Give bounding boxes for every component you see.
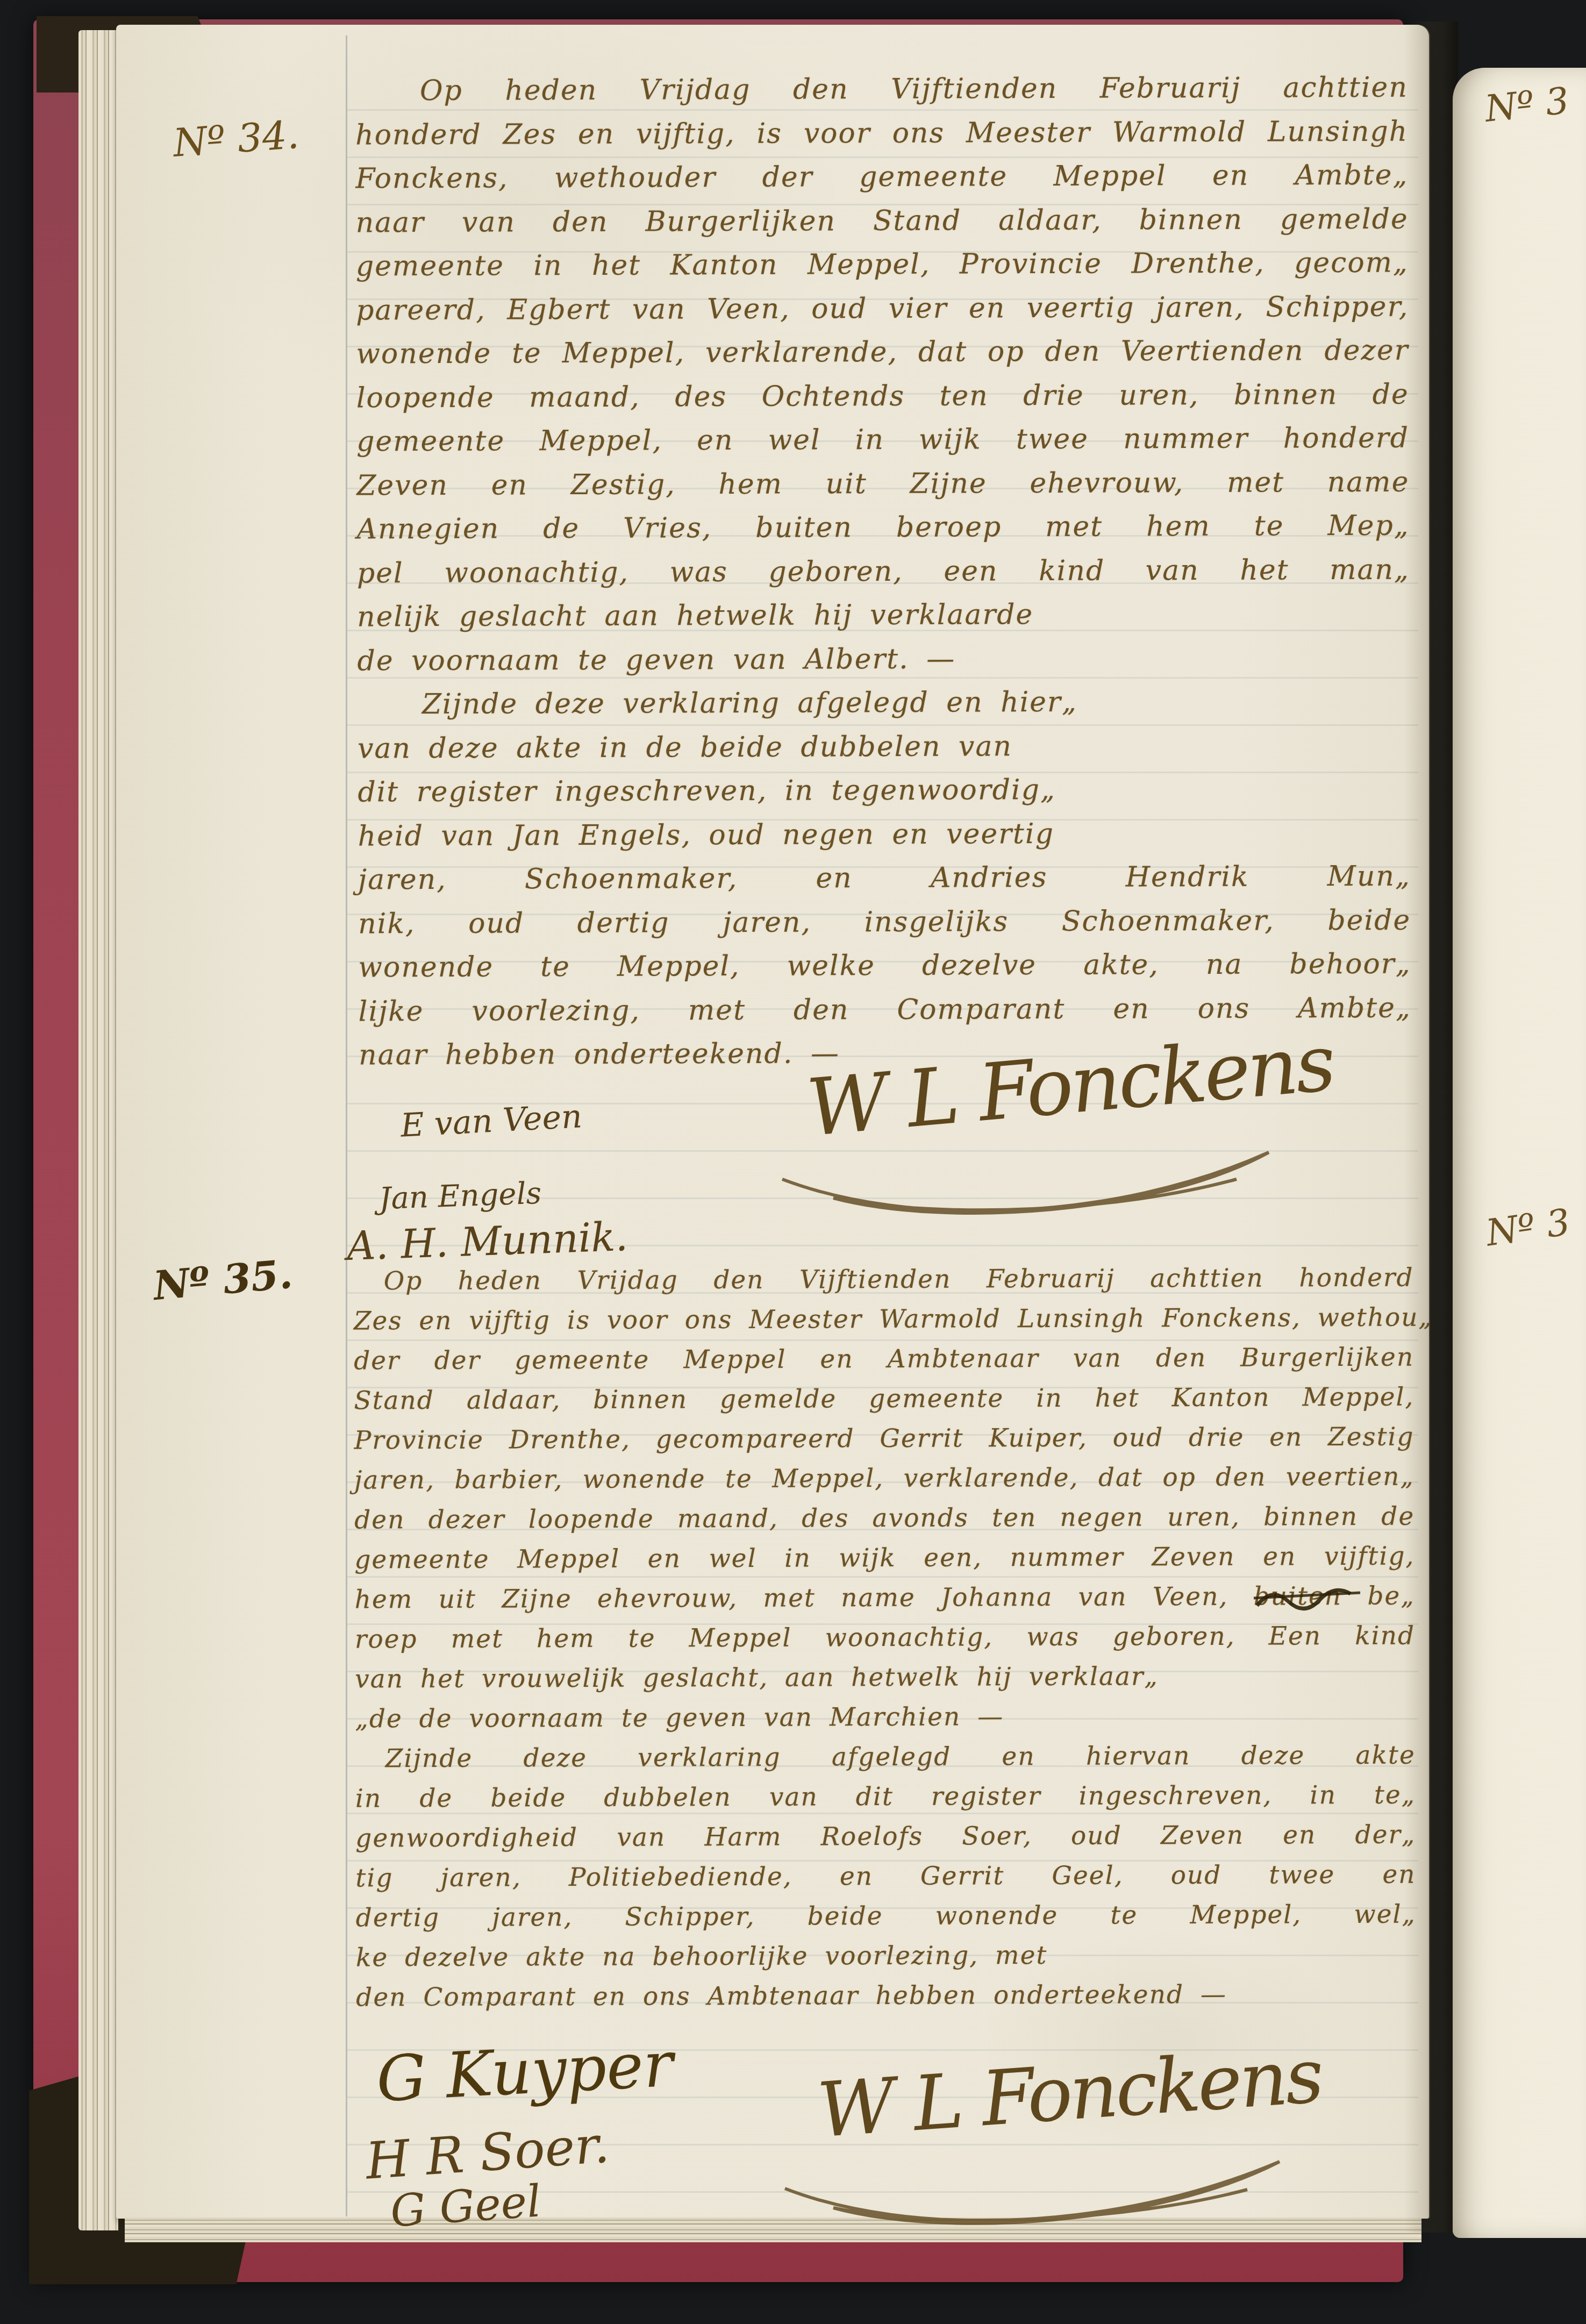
manuscript-line: hem uit Zijne ehevrouw, met name Johanna…	[355, 1581, 1415, 1625]
manuscript-line: Op heden Vrijdag den Vijftienden Februar…	[354, 1263, 1414, 1307]
manuscript-line: dit register ingeschreven, in tegenwoord…	[358, 773, 1410, 820]
manuscript-line: de voornaam te geven van Albert. —	[357, 641, 1410, 688]
manuscript-line: Zeven en Zestig, hem uit Zijne ehevrouw,…	[356, 466, 1409, 513]
manuscript-line: Zijnde deze verklaring afgelegd en hierv…	[355, 1741, 1416, 1784]
manuscript-line: tig jaren, Politiebediende, en Gerrit Ge…	[355, 1860, 1416, 1904]
page-edges-bottom	[125, 2218, 1421, 2242]
manuscript-line: jaren, Schoenmaker, en Andries Hendrik M…	[358, 860, 1411, 908]
signature-declarant-kuyper: G Kuyper	[375, 2028, 675, 2116]
manuscript-line: roep met hem te Meppel woonachtig, was g…	[355, 1621, 1415, 1665]
manuscript-line: Stand aldaar, binnen gemelde gemeente in…	[354, 1382, 1414, 1426]
manuscript-line: nik, oud dertig jaren, insgelijks Schoen…	[358, 904, 1411, 951]
manuscript-line: den Comparant en ons Ambtenaar hebben on…	[356, 1979, 1416, 2023]
manuscript-line: Zijnde deze verklaring afgelegd en hier„	[358, 685, 1410, 732]
manuscript-line: wonende te Meppel, welke dezelve akte, n…	[358, 948, 1411, 995]
book-gutter-shadow	[1404, 22, 1458, 2233]
manuscript-line: heid van Jan Engels, oud negen en veerti…	[358, 816, 1411, 864]
right-page-entry-number-fragment-1: Nº 3	[1483, 80, 1571, 131]
manuscript-line: genwoordigheid van Harm Roelofs Soer, ou…	[355, 1820, 1416, 1864]
manuscript-line: van deze akte in de beide dubbelen van	[358, 729, 1410, 776]
manuscript-line: gemeente Meppel, en wel in wijk twee num…	[356, 422, 1409, 469]
manuscript-line: gemeente Meppel en wel in wijk een, numm…	[354, 1542, 1414, 1585]
manuscript-line: van het vrouwelijk geslacht, aan hetwelk…	[355, 1661, 1415, 1705]
manuscript-line: naar van den Burgerlijken Stand aldaar, …	[356, 203, 1409, 250]
manuscript-line: Provincie Drenthe, gecompareerd Gerrit K…	[354, 1422, 1414, 1466]
manuscript-line: jaren, barbier, wonende te Meppel, verkl…	[354, 1462, 1414, 1506]
signature-witness-engels: Jan Engels	[378, 1176, 542, 1217]
manuscript-line: pareerd, Egbert van Veen, oud vier en ve…	[356, 290, 1409, 338]
manuscript-line: Zes en vijftig is voor ons Meester Warmo…	[354, 1303, 1414, 1346]
manuscript-line: Fonckens, wethouder der gemeente Meppel …	[355, 159, 1408, 206]
margin-rule-line	[346, 35, 347, 2216]
manuscript-line: nelijk geslacht aan hetwelk hij verklaar…	[357, 597, 1410, 645]
manuscript-line: Op heden Vrijdag den Vijftienden Februar…	[355, 72, 1408, 119]
manuscript-line: loopende maand, des Ochtends ten drie ur…	[356, 378, 1409, 425]
manuscript-line: gemeente in het Kanton Meppel, Provincie…	[356, 247, 1409, 294]
page-edges-left	[78, 30, 118, 2230]
manuscript-line: ke dezelve akte na behoorlijke voorlezin…	[356, 1940, 1416, 1983]
manuscript-line: wonende te Meppel, verklarende, dat op d…	[356, 334, 1409, 382]
civil-registry-book-scan: Nº 34. Nº 35. Op heden Vrijdag den Vijft…	[0, 0, 1586, 2324]
entry-35-text-block: Op heden Vrijdag den Vijftienden Februar…	[354, 1263, 1417, 2023]
entry-34-margin-number: Nº 34.	[172, 112, 301, 166]
manuscript-line: den dezer loopende maand, des avonds ten…	[354, 1502, 1414, 1545]
entry-34-text-block: Op heden Vrijdag den Vijftienden Februar…	[355, 72, 1412, 1083]
manuscript-line: honderd Zes en vijftig, is voor ons Mees…	[355, 115, 1408, 162]
right-page-edge	[1453, 68, 1586, 2238]
manuscript-line: Annegien de Vries, buiten beroep met hem…	[357, 510, 1410, 557]
signature-witness-munnik: A. H. Munnik.	[346, 1214, 629, 1270]
signature-witness-geel: G Geel	[389, 2176, 542, 2237]
manuscript-line: der der gemeente Meppel en Ambtenaar van…	[354, 1343, 1414, 1386]
manuscript-line: dertig jaren, Schipper, beide wonende te…	[356, 1900, 1416, 1943]
manuscript-line: „de de voornaam te geven van Marchien —	[355, 1701, 1415, 1744]
manuscript-line: in de beide dubbelen van dit register in…	[355, 1780, 1416, 1824]
manuscript-line: pel woonachtig, was geboren, een kind va…	[357, 553, 1410, 601]
